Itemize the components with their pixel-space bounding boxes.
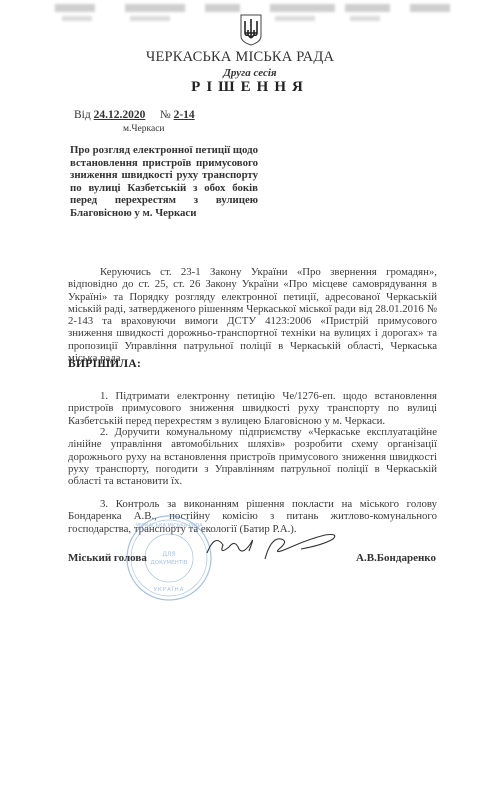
council-name: ЧЕРКАСЬКА МІСЬКА РАДА xyxy=(0,49,480,66)
stamp-ring-bottom: УКРАЇНА xyxy=(154,586,185,593)
trident-coat-of-arms-icon xyxy=(240,14,262,46)
decision-item-1: 1. Підтримати електронну петицію Че/1276… xyxy=(68,390,437,427)
decision-item-2: 2. Доручити комунальному підприємству «Ч… xyxy=(68,426,437,487)
stamp-ring-top: ЧЕРКАСЬКА МІСЬКА РАДА xyxy=(135,523,203,529)
signatory-name: А.В.Бондаренко xyxy=(356,552,436,564)
stamp-center-line2: ДОКУМЕНТІВ xyxy=(151,560,188,566)
signatory-role: Міський голова xyxy=(68,552,147,564)
preamble-paragraph: Керуючись ст. 23-1 Закону України «Про з… xyxy=(68,266,437,364)
number-prefix: № xyxy=(160,109,171,121)
decision-subject: Про розгляд електронної петиції щодо вст… xyxy=(70,144,258,220)
date-prefix: Від xyxy=(74,109,91,121)
city: м.Черкаси xyxy=(123,124,165,134)
handwritten-signature xyxy=(205,525,345,565)
session-label: Друга сесія xyxy=(0,67,480,79)
stamp-center-line1: ДЛЯ xyxy=(162,551,175,558)
document-title: РІШЕННЯ xyxy=(0,79,480,96)
date-line: Від 24.12.2020 № 2-14 xyxy=(74,109,195,121)
decided-label: ВИРІШИЛА: xyxy=(68,358,141,370)
decision-number: 2-14 xyxy=(174,109,195,121)
decision-date: 24.12.2020 xyxy=(94,109,146,121)
